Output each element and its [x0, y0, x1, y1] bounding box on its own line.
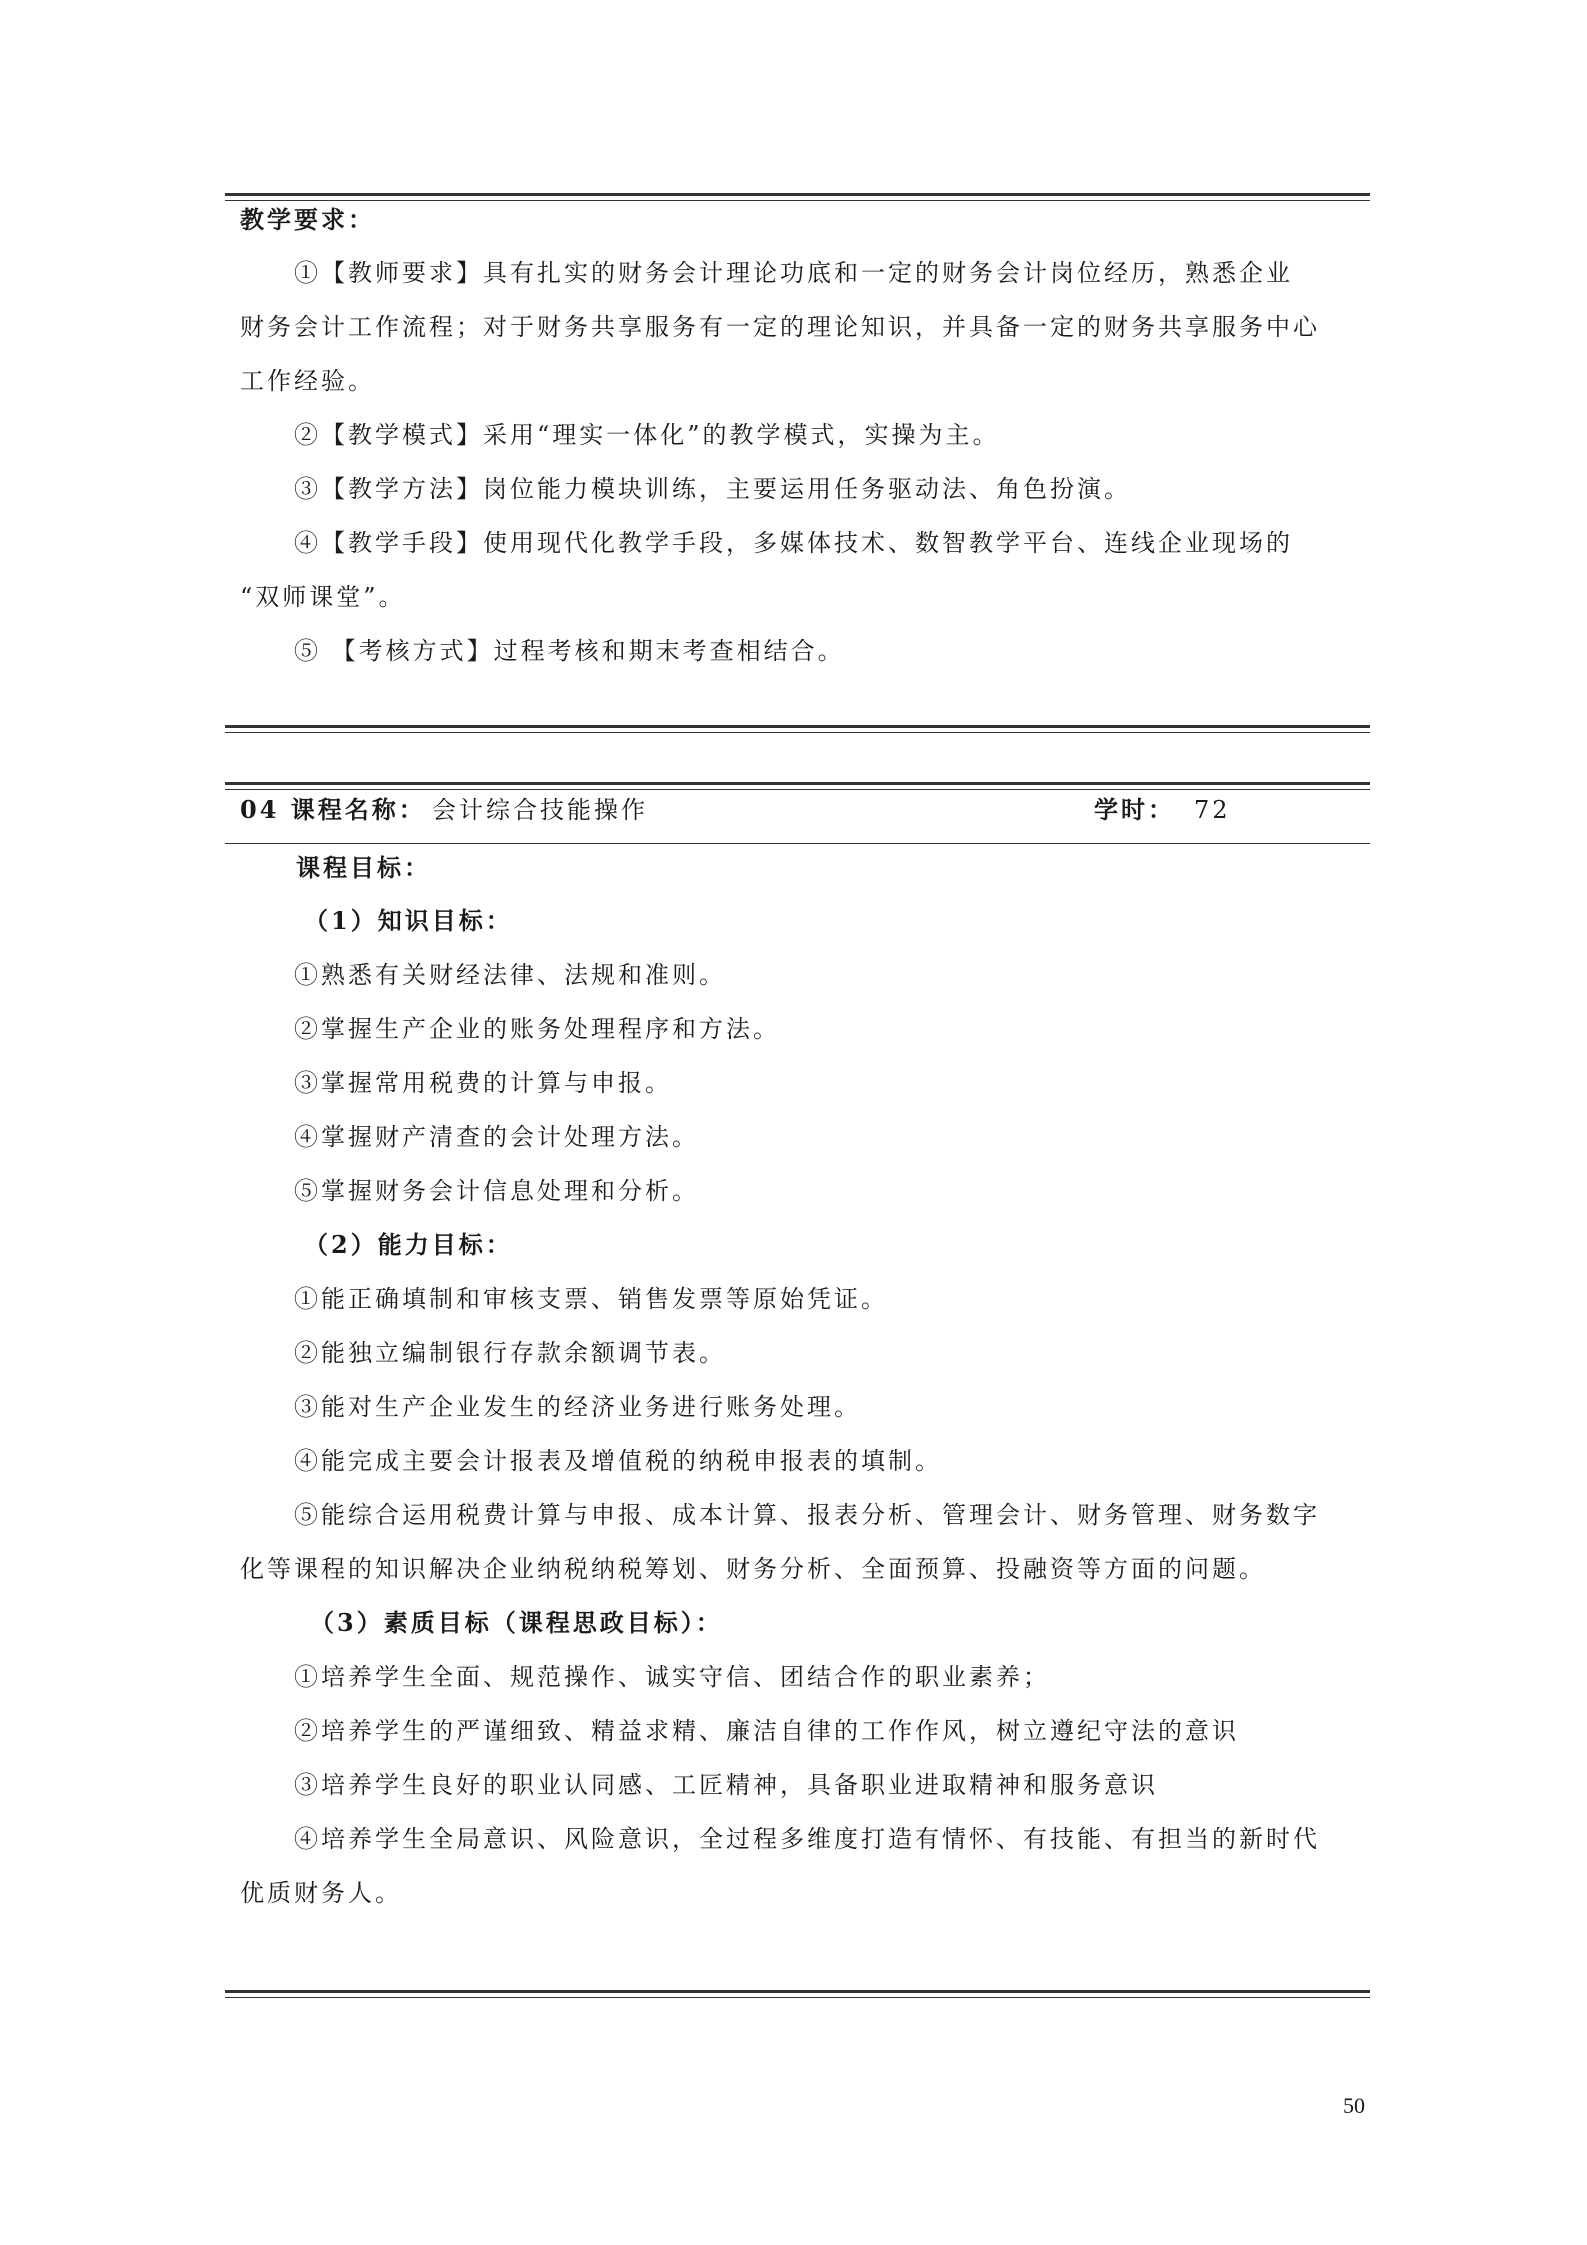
teaching-means-line2: “双师课堂”。 [240, 582, 1360, 612]
quality-item: ①培养学生全面、规范操作、诚实守信、团结合作的职业素养； [240, 1662, 1414, 1692]
course-hours-value: 72 [1194, 793, 1231, 827]
knowledge-item: ③掌握常用税费的计算与申报。 [240, 1068, 1414, 1098]
teaching-requirements-heading: 教学要求： [240, 205, 1360, 235]
course-end-rule [225, 1990, 1370, 1998]
teacher-requirement-line2: 财务会计工作流程；对于财务共享服务有一定的理论知识，并具备一定的财务共享服务中心 [240, 312, 1360, 342]
course-objectives-heading: 课程目标： [240, 853, 1416, 883]
knowledge-item: ①熟悉有关财经法律、法规和准则。 [240, 960, 1414, 990]
section-end-rule [225, 725, 1370, 733]
teacher-requirement-line3: 工作经验。 [240, 366, 1360, 396]
ability-objectives-heading: （2）能力目标： [240, 1230, 1424, 1260]
knowledge-item: ②掌握生产企业的账务处理程序和方法。 [240, 1014, 1414, 1044]
page-number: 50 [1343, 2093, 1365, 2119]
teacher-requirement-line1: ①【教师要求】具有扎实的财务会计理论功底和一定的财务会计岗位经历，熟悉企业 [240, 258, 1414, 288]
quality-item-continuation: 优质财务人。 [240, 1878, 1360, 1908]
ability-item: ⑤能综合运用税费计算与申报、成本计算、报表分析、管理会计、财务管理、财务数字 [240, 1500, 1414, 1530]
teaching-method: ③【教学方法】岗位能力模块训练，主要运用任务驱动法、角色扮演。 [240, 474, 1414, 504]
ability-item: ②能独立编制银行存款余额调节表。 [240, 1338, 1414, 1368]
quality-objectives-heading: （3）素质目标（课程思政目标）： [240, 1608, 1430, 1638]
ability-item-continuation: 化等课程的知识解决企业纳税纳税筹划、财务分析、全面预算、投融资等方面的问题。 [240, 1554, 1360, 1584]
knowledge-item: ④掌握财产清查的会计处理方法。 [240, 1122, 1414, 1152]
assessment-method: ⑤ 【考核方式】过程考核和期末考查相结合。 [240, 636, 1414, 666]
knowledge-objectives-heading: （1）知识目标： [240, 906, 1424, 936]
course-header-row: 04 课程名称： 会计综合技能操作 学时： 72 [240, 793, 1360, 827]
teaching-mode: ②【教学模式】采用“理实一体化”的教学模式，实操为主。 [240, 420, 1414, 450]
course-header-top-rule [225, 782, 1370, 790]
ability-item: ④能完成主要会计报表及增值税的纳税申报表的填制。 [240, 1446, 1414, 1476]
section-top-rule [225, 193, 1370, 201]
course-number-label: 04 课程名称： [240, 793, 426, 827]
quality-item: ③培养学生良好的职业认同感、工匠精神，具备职业进取精神和服务意识 [240, 1770, 1414, 1800]
course-header-bottom-rule [225, 843, 1370, 844]
course-hours-label: 学时： [1094, 793, 1175, 827]
quality-item: ④培养学生全局意识、风险意识，全过程多维度打造有情怀、有技能、有担当的新时代 [240, 1824, 1414, 1854]
teaching-means-line1: ④【教学手段】使用现代化教学手段，多媒体技术、数智教学平台、连线企业现场的 [240, 528, 1414, 558]
course-name: 会计综合技能操作 [432, 793, 648, 827]
ability-item: ①能正确填制和审核支票、销售发票等原始凭证。 [240, 1284, 1414, 1314]
quality-item: ②培养学生的严谨细致、精益求精、廉洁自律的工作作风，树立遵纪守法的意识 [240, 1716, 1414, 1746]
ability-item: ③能对生产企业发生的经济业务进行账务处理。 [240, 1392, 1414, 1422]
knowledge-item: ⑤掌握财务会计信息处理和分析。 [240, 1176, 1414, 1206]
